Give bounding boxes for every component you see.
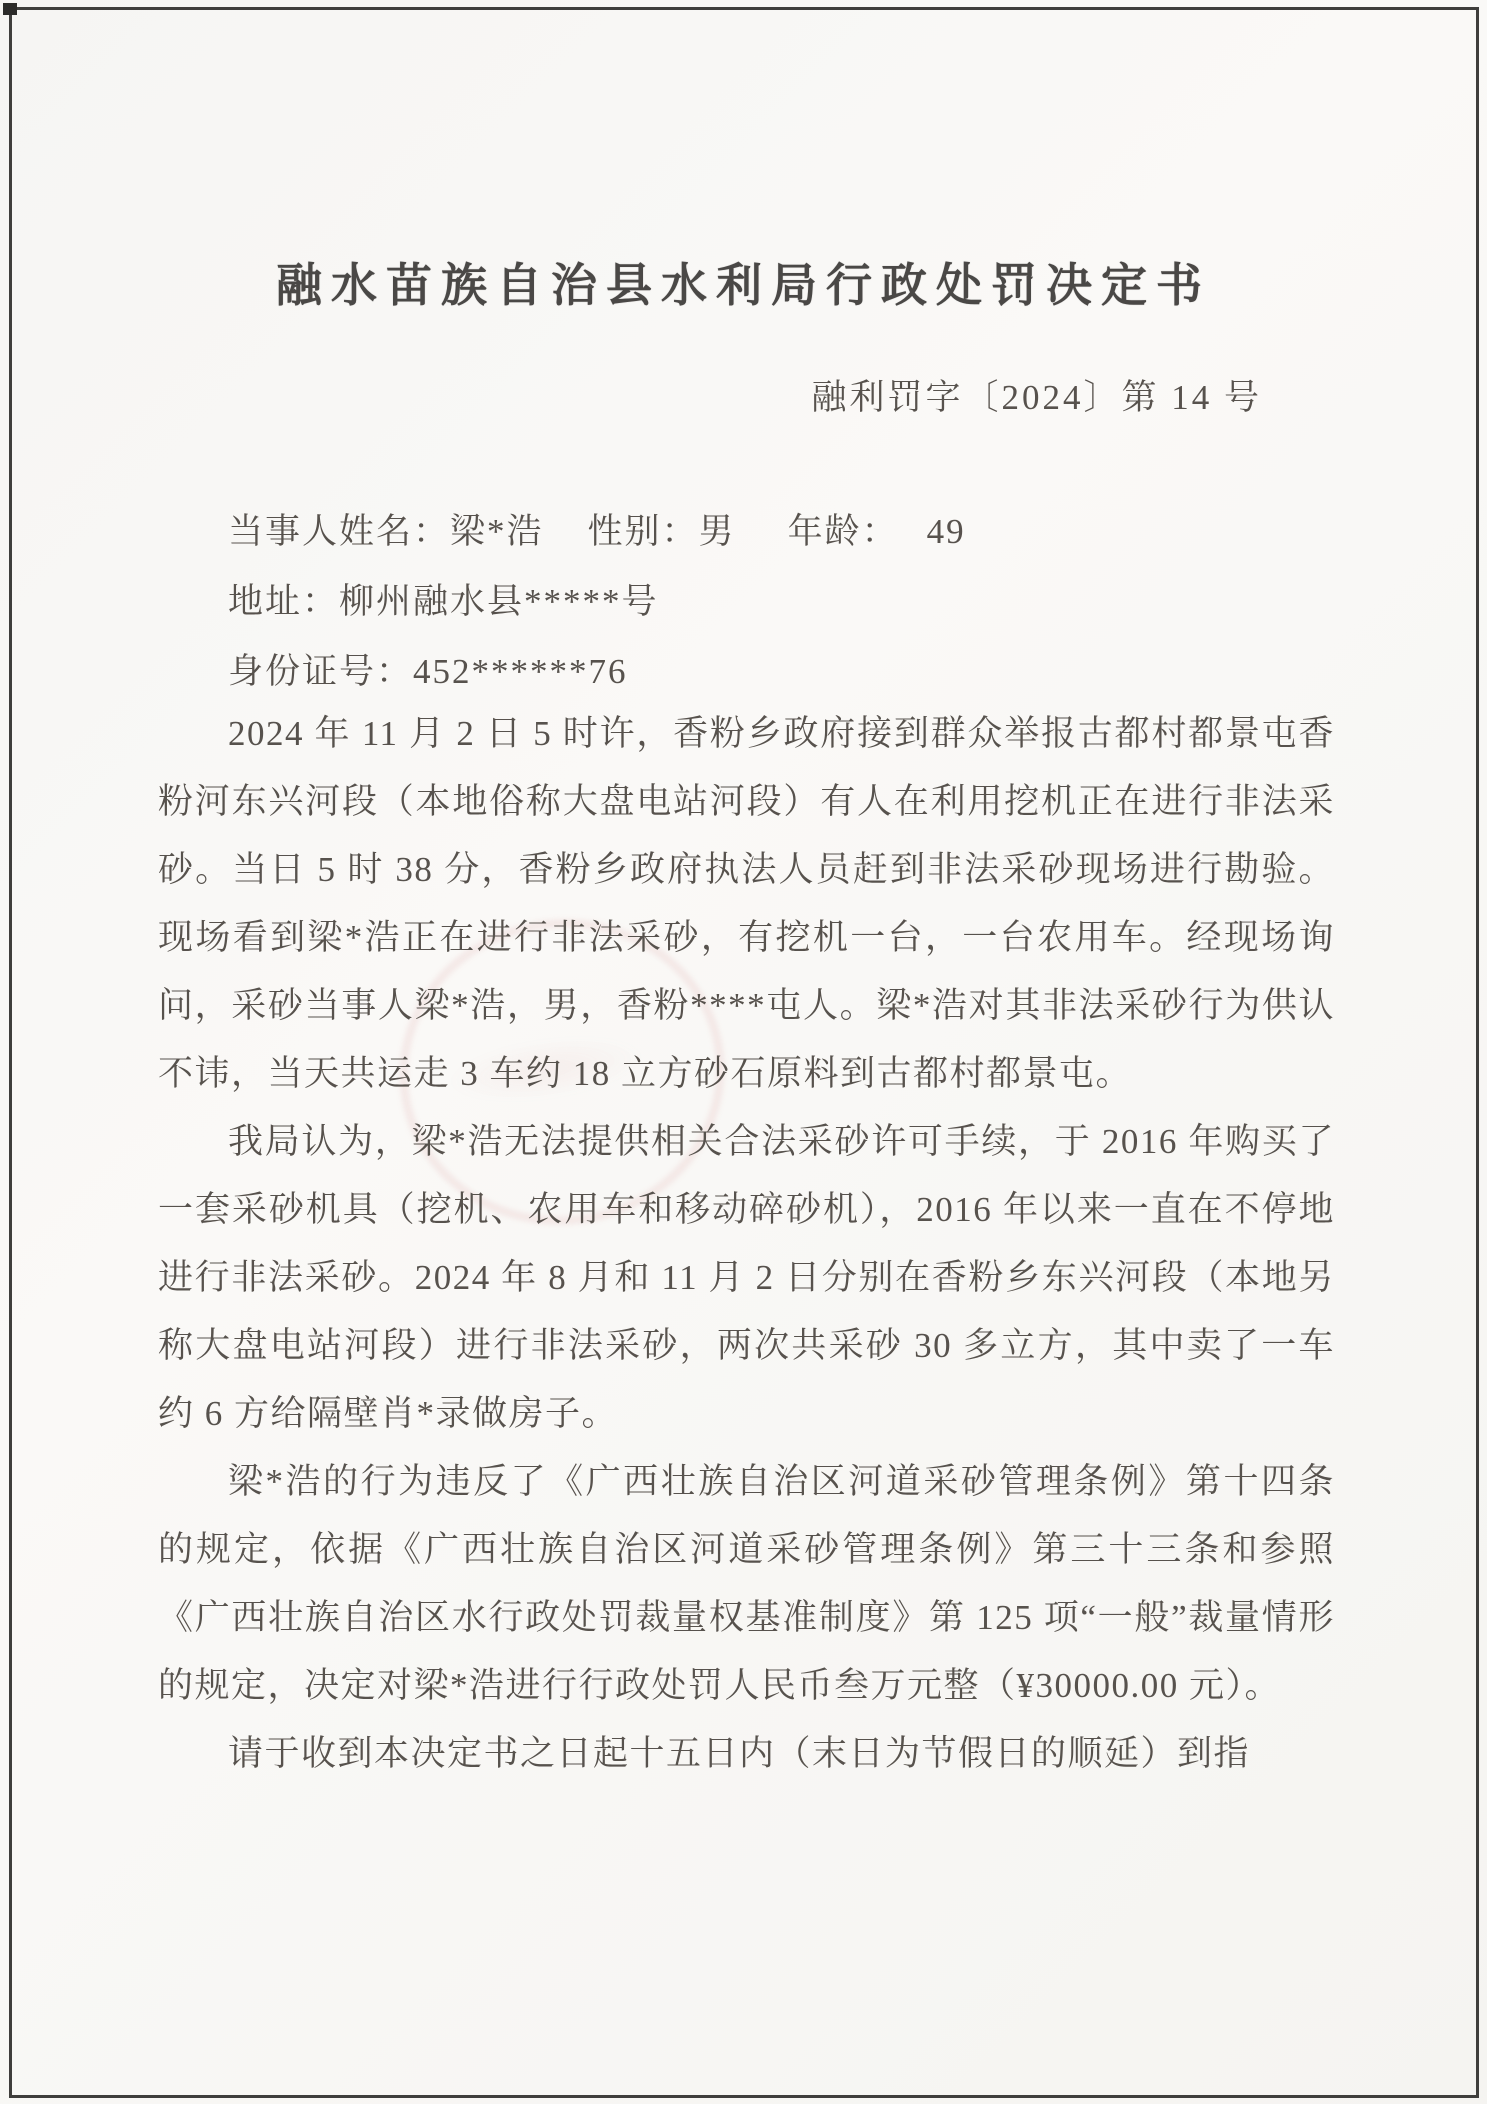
party-line-address: 地址：柳州融水县*****号: [160, 567, 1332, 637]
party-line-identity: 当事人姓名：梁*浩性别：男年龄：49: [160, 497, 1332, 567]
paragraph-payment-instruction: 请于收到本决定书之日起十五日内（末日为节假日的顺延）到指: [158, 1720, 1335, 1788]
document-body: 2024 年 11 月 2 日 5 时许，香粉乡政府接到群众举报古都村都景屯香粉…: [158, 700, 1335, 2104]
party-id-value: 452******76: [413, 652, 628, 691]
party-name-value: 梁*浩: [450, 512, 544, 551]
party-gender-value: 男: [699, 512, 736, 551]
document-title: 融水苗族自治县水利局行政处罚决定书: [0, 249, 1487, 315]
document-page: 融水苗族自治县水利局行政处罚决定书 融利罚字〔2024〕第 14 号 当事人姓名…: [0, 0, 1487, 2104]
paragraph-incident: 2024 年 11 月 2 日 5 时许，香粉乡政府接到群众举报古都村都景屯香粉…: [158, 700, 1335, 1108]
party-name-label: 当事人姓名：: [228, 512, 450, 551]
party-address-value: 柳州融水县*****号: [339, 582, 659, 621]
paragraph-penalty-decision: 梁*浩的行为违反了《广西壮族自治区河道采砂管理条例》第十四条的规定，依据《广西壮…: [158, 1448, 1335, 1720]
paragraph-findings: 我局认为，梁*浩无法提供相关合法采砂许可手续，于 2016 年购买了一套采砂机具…: [158, 1108, 1335, 1448]
document-number: 融利罚字〔2024〕第 14 号: [811, 370, 1262, 420]
party-info-block: 当事人姓名：梁*浩性别：男年龄：49 地址：柳州融水县*****号 身份证号：4…: [160, 497, 1332, 707]
party-address-label: 地址：: [228, 582, 339, 621]
party-line-id: 身份证号：452******76: [160, 637, 1332, 707]
party-gender-label: 性别：: [588, 512, 699, 551]
party-age-value: 49: [927, 512, 966, 551]
party-id-label: 身份证号：: [228, 652, 413, 691]
party-age-label: 年龄：: [788, 512, 899, 551]
